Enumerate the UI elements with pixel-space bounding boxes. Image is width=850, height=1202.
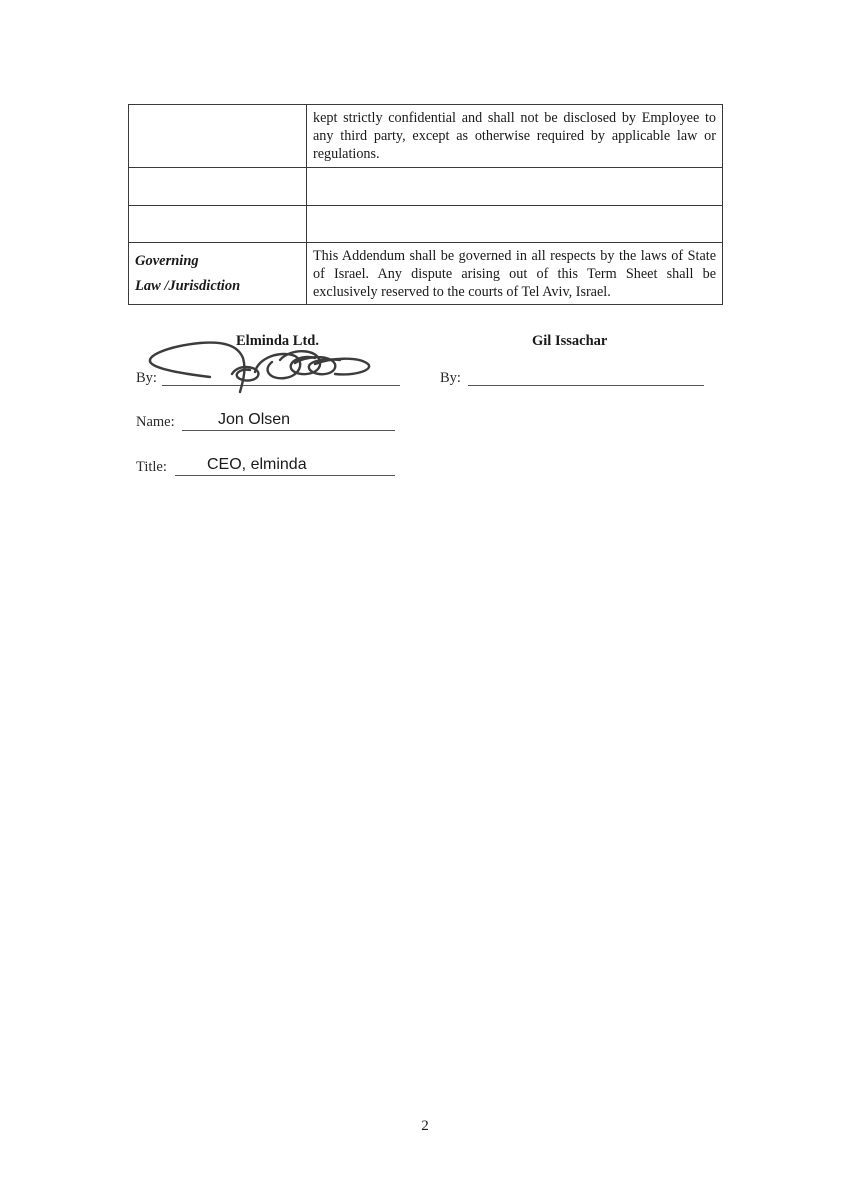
name-value: Jon Olsen: [218, 411, 290, 429]
row-label: [129, 206, 307, 243]
label-line: Law /Jurisdiction: [135, 274, 300, 299]
row-text: [307, 168, 723, 206]
title-value: CEO, elminda: [207, 456, 307, 474]
title-label: Title:: [136, 459, 167, 476]
signature-line: [468, 385, 704, 386]
row-label: [129, 168, 307, 206]
page-number: 2: [0, 1118, 850, 1135]
table-row: [129, 168, 723, 206]
name-label: Name:: [136, 414, 175, 431]
by-label: By:: [440, 370, 461, 387]
title-line: [175, 475, 395, 476]
name-line: [182, 430, 395, 431]
table-row: kept strictly confidential and shall not…: [129, 105, 723, 168]
row-text-governing-law: This Addendum shall be governed in all r…: [307, 243, 723, 305]
terms-table: kept strictly confidential and shall not…: [128, 104, 723, 305]
table-row: Governing Law /Jurisdiction This Addendu…: [129, 243, 723, 305]
row-text: [307, 206, 723, 243]
row-text-confidentiality: kept strictly confidential and shall not…: [307, 105, 723, 168]
party-name-gil-issachar: Gil Issachar: [532, 333, 607, 350]
row-label-governing-law: Governing Law /Jurisdiction: [129, 243, 307, 305]
document-page: kept strictly confidential and shall not…: [0, 0, 850, 1202]
table-row: [129, 206, 723, 243]
label-line: Governing: [135, 249, 300, 274]
handwritten-signature-icon: [140, 338, 380, 400]
row-label: [129, 105, 307, 168]
